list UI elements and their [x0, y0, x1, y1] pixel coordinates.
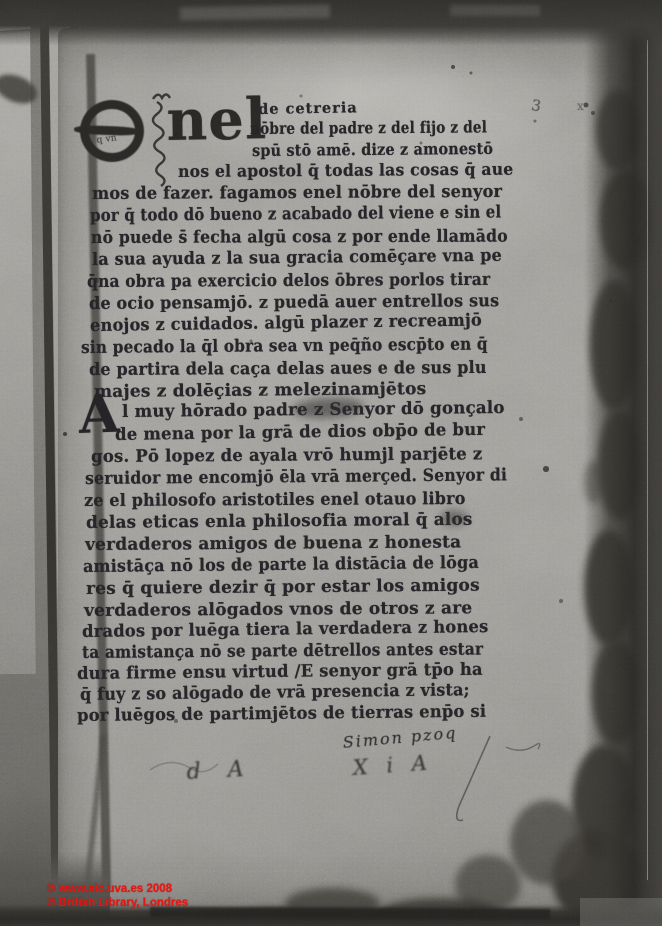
opening-line: nōbre del padre z del fijo z del: [250, 119, 487, 137]
text-line: q̄ fuy z so alōgado de vrā presencia z v…: [80, 682, 470, 704]
border-streak: [180, 5, 330, 21]
watermark-line-2: © British Library, Londres: [47, 897, 188, 909]
text-line: gos. Pō lopez de ayala vrō humjl parjēte…: [91, 446, 482, 466]
text-line: verdaderos amigos de buena z honesta: [85, 534, 461, 554]
text-line: amistāça nō los de parte la distācia de …: [83, 555, 479, 576]
watermark-line-1: © www.aic.uva.es 2008: [47, 883, 172, 895]
text-line: por q̄ todo dō bueno z acabado del viene…: [90, 204, 501, 225]
text-line: seruidor me encomjō ēla vrā merçed. Seny…: [85, 467, 507, 488]
pen-trials: d A: [186, 756, 254, 784]
section-title: de cetreria: [258, 99, 358, 118]
text-line: la sua ayuda z la sua gracia comēçare vn…: [92, 248, 502, 269]
border-streak: [450, 5, 540, 16]
photo-bottom-border-core: [150, 907, 550, 919]
photo-bottom-corner: [580, 898, 662, 926]
text-line: ze el philosofo aristotiles enel otauo l…: [84, 491, 466, 510]
page-edge-strip: [0, 24, 36, 674]
text-line: ta amistança nō se parte dētrellos antes…: [82, 641, 483, 661]
text-line: nō puede s̄ fecha algū cosa z por ende l…: [91, 229, 508, 247]
photo-top-shadow: [0, 0, 662, 46]
text-line: majes z dolēçias z melezinamjētos: [94, 381, 426, 401]
opening-line: spū stō amē. dize z amonestō: [252, 141, 493, 159]
text-line: q̄na obra pa exercicio delos ōbres porlo…: [87, 272, 490, 291]
text-line: delas eticas enla philosofia moral q̄ al…: [86, 512, 473, 532]
edge-mark: x: [577, 99, 584, 113]
text-line: por luēgos de partimjētos de tierras enp…: [77, 704, 486, 725]
text-line: res q̄ quiere dezir q̄ por estar los ami…: [86, 578, 480, 598]
text-line: dura firme ensu virtud /E senyor grā tp̄…: [77, 662, 483, 683]
edge-hairline: [647, 40, 648, 880]
manuscript-photograph: de cetreria q vn nel nōbre del padre z d…: [0, 0, 662, 926]
text-line: de ocio pensamjō. z puedā auer entrellos…: [89, 293, 499, 313]
text-line: mos de fazer. fagamos enel nōbre del sen…: [92, 184, 502, 203]
text-line: de partira dela caça delas aues e de sus…: [89, 360, 487, 379]
damp-stain: [510, 800, 584, 885]
opening-line: nos el apostol q̄ todas las cosas q̄ aue: [178, 162, 513, 181]
initial-a: A: [78, 389, 120, 442]
text-line: sin pecado la q̄l obra sea vn peq̄ño esc…: [81, 336, 488, 357]
photo-right-border: [584, 0, 662, 926]
ink-smudge: [440, 510, 468, 526]
text-line: drados por luēga tiera la verdadera z ho…: [82, 619, 489, 641]
